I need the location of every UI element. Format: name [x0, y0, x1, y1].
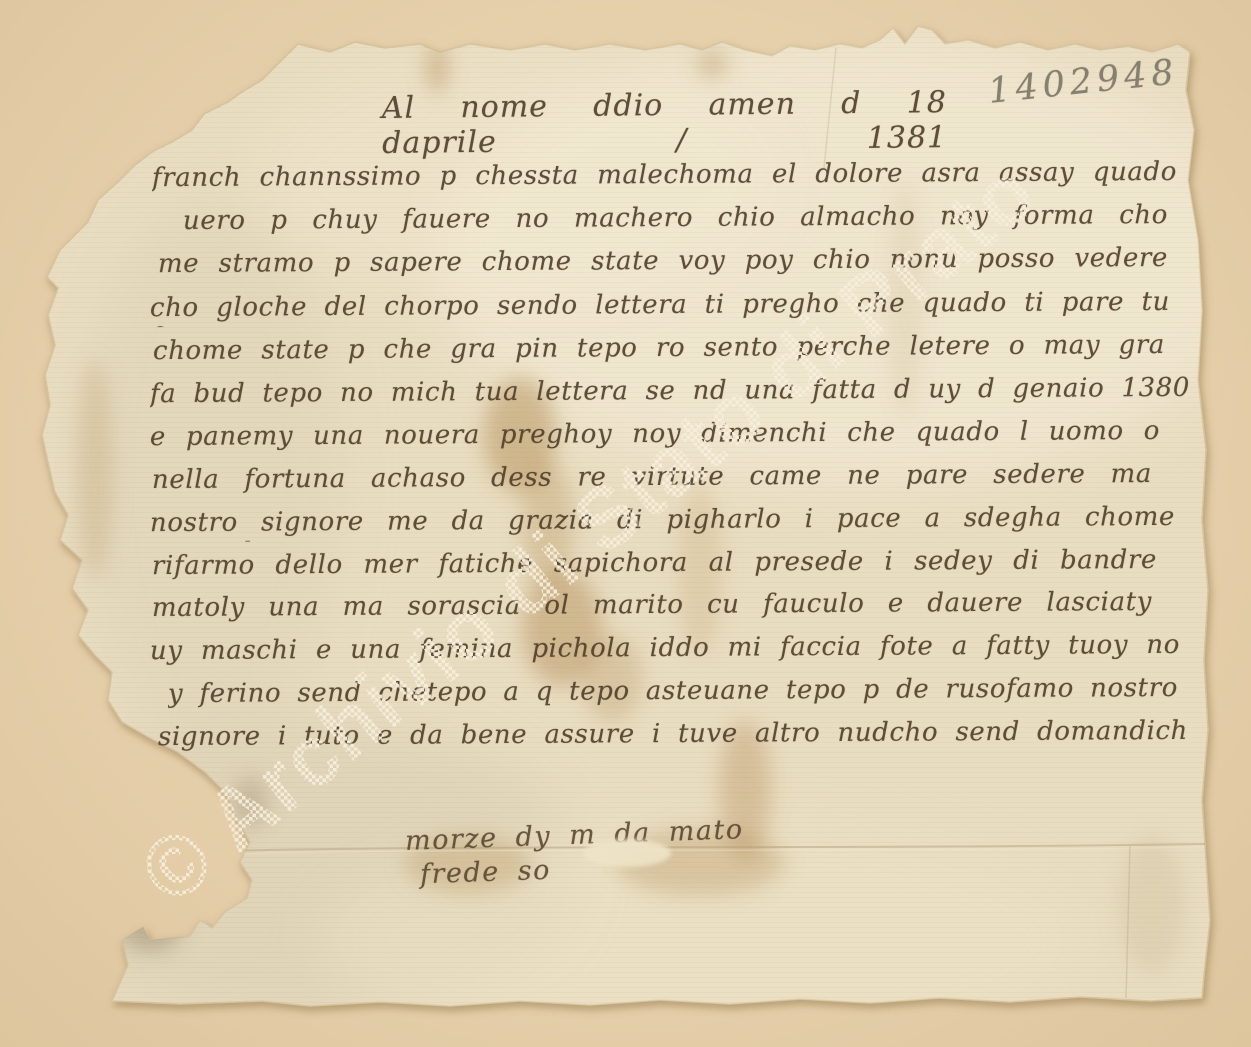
- manuscript-line: fa bud tepo no mich tua lettera se nd un…: [150, 373, 1190, 413]
- manuscript-line: cho gloche del chorpo sendo lettera ti p…: [150, 287, 1170, 327]
- manuscript-line: chome state p che gra pin tepo ro sento …: [153, 330, 1165, 370]
- manuscript-line: nostro signore me da grazia di pigharlo …: [150, 502, 1175, 542]
- manuscript-line: matoly una ma sorascia ol marito cu fauc…: [152, 587, 1152, 627]
- manuscript-line: signore i tuto e da bene assure i tuve a…: [158, 716, 1188, 756]
- manuscript-line: y ferino send chetepo a q tepo asteuane …: [168, 673, 1178, 713]
- manuscript-line: e panemy una nouera preghoy noy dimenchi…: [150, 416, 1160, 456]
- manuscript-line: uy maschi e una femina pichola iddo mi f…: [150, 630, 1180, 670]
- manuscript-line: me stramo p sapere chome state voy poy c…: [158, 243, 1168, 283]
- manuscript-line: uero p chuy fauere no machero chio almac…: [183, 200, 1168, 240]
- manuscript-line: rifarmo dello mer fatiche sapichora al p…: [152, 545, 1157, 585]
- signature-line: frede so: [419, 855, 551, 891]
- manuscript-scan: 1402948 Al nome ddio amen d 18 daprile /…: [0, 0, 1251, 1047]
- letter-dateline: Al nome ddio amen d 18 daprile / 1381: [382, 85, 948, 161]
- manuscript-line: franch channssimo p chessta malechoma el…: [152, 157, 1177, 197]
- manuscript-line: nella fortuna achaso dess re virtute cam…: [152, 459, 1152, 499]
